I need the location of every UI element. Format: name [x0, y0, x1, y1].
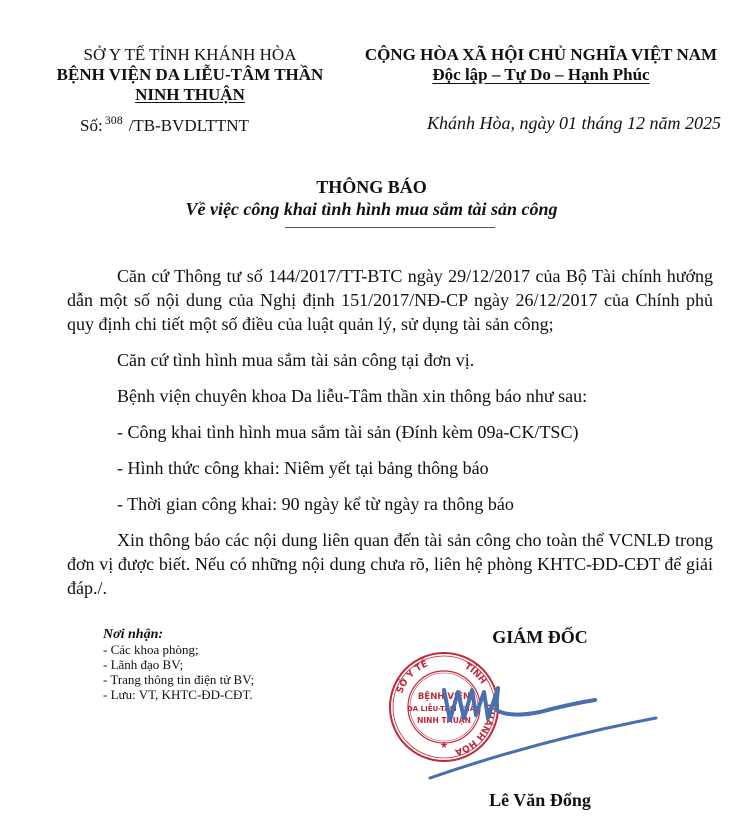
body-paragraph: Bệnh viện chuyên khoa Da liễu-Tâm thần x…: [67, 384, 713, 408]
recipients-block: Nơi nhận: - Các khoa phòng; - Lãnh đạo B…: [103, 627, 333, 702]
document-title: THÔNG BÁO: [0, 176, 743, 198]
body-list-item: - Thời gian công khai: 90 ngày kể từ ngà…: [67, 492, 713, 516]
doc-no-prefix: Số:: [80, 116, 103, 135]
issuer-unit-line1: BỆNH VIỆN DA LIỄU-TÂM THẦN: [40, 65, 340, 85]
issuer-agency: SỞ Y TẾ TỈNH KHÁNH HÒA: [40, 45, 340, 65]
recipient-item: - Trang thông tin điện tử BV;: [103, 672, 333, 687]
document-subtitle: Về việc công khai tình hình mua sắm tài …: [0, 198, 743, 220]
recipients-label: Nơi nhận:: [103, 627, 333, 642]
document-body: Căn cứ Thông tư số 144/2017/TT-BTC ngày …: [67, 264, 713, 600]
country-name: CỘNG HÒA XÃ HỘI CHỦ NGHĨA VIỆT NAM: [342, 45, 740, 65]
doc-no-value: 308: [105, 113, 123, 127]
title-divider: [285, 227, 495, 228]
signer-name: Lê Văn Đổng: [440, 790, 640, 811]
recipient-item: - Các khoa phòng;: [103, 642, 333, 657]
recipient-item: - Lưu: VT, KHTC-ĐD-CĐT.: [103, 687, 333, 702]
doc-no-suffix: /TB-BVDLTTNT: [129, 116, 249, 135]
recipient-item: - Lãnh đạo BV;: [103, 657, 333, 672]
body-paragraph: Xin thông báo các nội dung liên quan đến…: [67, 528, 713, 600]
national-motto: Độc lập – Tự Do – Hạnh Phúc: [432, 65, 649, 84]
issuer-unit-line2: NINH THUẬN: [135, 85, 245, 104]
body-list-item: - Công khai tình hình mua sắm tài sản (Đ…: [67, 420, 713, 444]
place-date: Khánh Hòa, ngày 01 tháng 12 năm 2025: [427, 113, 721, 134]
document-number: Số:308/TB-BVDLTTNT: [80, 113, 249, 136]
body-paragraph: Căn cứ tình hình mua sắm tài sản công tạ…: [67, 348, 713, 372]
body-paragraph: Căn cứ Thông tư số 144/2017/TT-BTC ngày …: [67, 264, 713, 336]
body-list-item: - Hình thức công khai: Niêm yết tại bảng…: [67, 456, 713, 480]
national-header: CỘNG HÒA XÃ HỘI CHỦ NGHĨA VIỆT NAM Độc l…: [342, 45, 740, 85]
handwritten-signature-icon: [420, 660, 740, 780]
issuer-block: SỞ Y TẾ TỈNH KHÁNH HÒA BỆNH VIỆN DA LIỄU…: [40, 45, 340, 105]
signer-title: GIÁM ĐỐC: [440, 627, 640, 648]
